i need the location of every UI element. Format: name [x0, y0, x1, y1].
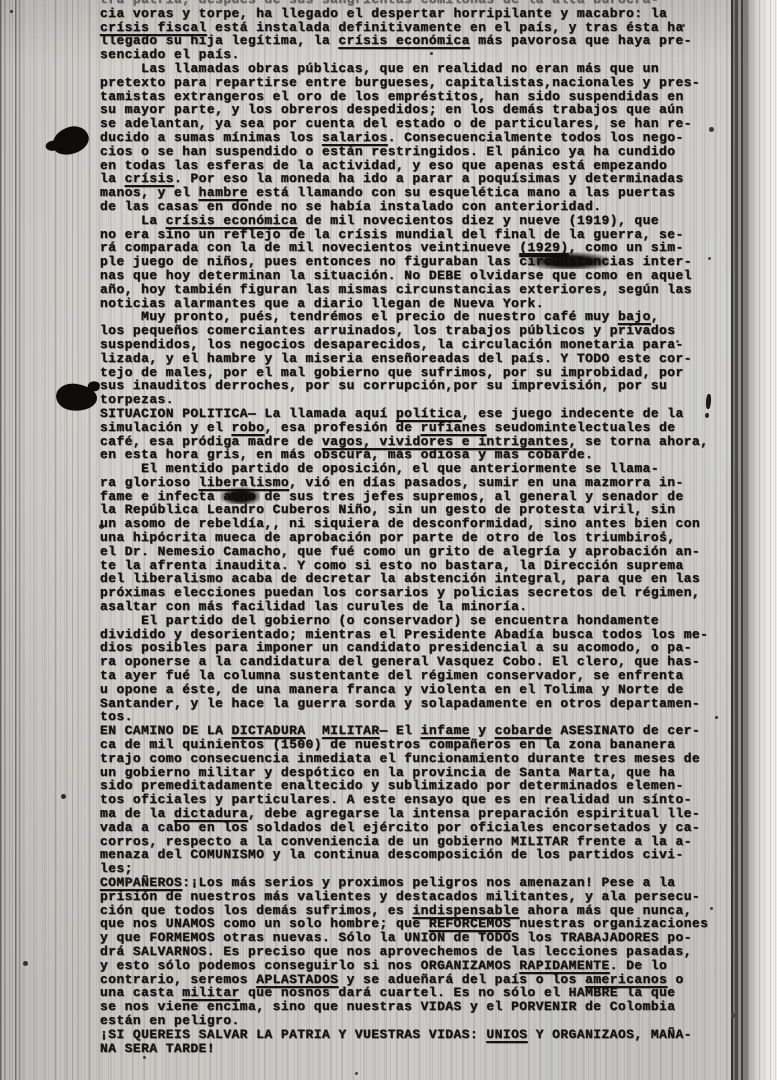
text-run: un gobierno militar y despótico en la pr… [100, 765, 676, 780]
text-line: El partido del gobierno (o conservador) … [100, 614, 740, 628]
text-run: ma de la [100, 806, 174, 821]
text-line: lizada, y el hambre y la miseria enseñor… [100, 352, 740, 366]
text-run: NA SERA TARDE! [100, 1041, 215, 1056]
underlined-text: rufianes [421, 420, 487, 435]
underlined-text: salarios [322, 130, 388, 145]
text-run: contrario, seremos [100, 972, 256, 987]
text-line: rá comparada con la de mil novecientos v… [100, 241, 740, 255]
underlined-text: indispensable [412, 903, 519, 918]
text-run: menaza del COMUNISMO y la continua desco… [100, 847, 684, 862]
text-line: su mayor parte, y los obreros despedidos… [100, 103, 740, 117]
scan-edge-right [748, 0, 777, 1080]
text-line: les; [100, 862, 740, 876]
underlined-text: americanos [585, 972, 667, 987]
underlined-text: UNIOS [486, 1027, 527, 1042]
text-run: ASESINATO de cer- [552, 723, 700, 738]
text-run: ca de mil quinientos (1500) de nuestros … [100, 737, 676, 752]
text-line: La crísis económica de mil novecientos d… [100, 214, 740, 228]
scan-specks [10, 10, 13, 13]
text-run: senciado el país. [100, 47, 240, 62]
text-run: la [100, 171, 125, 186]
text-line: y que FORMEMOS otras nuevas. Sólo la UNI… [100, 931, 740, 945]
text-line: sus inauditos derroches, por su corrupci… [100, 379, 740, 393]
underlined-text: crísis [125, 171, 174, 186]
text-run: Muy pronto, pués, tendrémos el precio de… [100, 309, 618, 324]
text-run: :¡Los más serios y proximos peligros nos… [182, 875, 675, 890]
text-run: . Consecuencialmente todos los nego- [388, 130, 684, 145]
text-run: sus inauditos derroches, por su corrupci… [100, 378, 667, 393]
text-line: de las casas en donde no se había instal… [100, 200, 740, 214]
text-run: está instalada definitivamente en el paí… [207, 20, 684, 35]
text-run: torpezas. [100, 392, 174, 407]
text-run: de las casas en donde no se había instal… [100, 199, 602, 214]
text-run: corros, respecto a la conveniencia de un… [100, 834, 692, 849]
text-run: sido premeditadamente enaltecido y subli… [100, 778, 684, 793]
text-line: ra glorioso liberalismo, vió en días pas… [100, 476, 740, 490]
text-run: llegado su hija legítima, la [100, 33, 338, 48]
text-run: están en peligro. [100, 1013, 240, 1028]
text-run: dios posibles para imponer un candidato … [100, 640, 692, 655]
text-run: tos oficiales y particulares. A este ens… [100, 792, 692, 807]
text-line: cia voras y torpe, ha llegado el despert… [100, 7, 740, 21]
text-line: noticias alarmantes que a diario llegan … [100, 297, 740, 311]
text-run: nuestras organizaciones [511, 916, 708, 931]
smudged-text: auno [223, 489, 256, 504]
text-run: se nos viene encima, sino que nuestras V… [100, 999, 676, 1014]
text-line: menaza del COMUNISMO y la continua desco… [100, 848, 740, 862]
text-run: ducido a sumas mínimas los [100, 130, 322, 145]
text-run: ta ayer fué la columna sustentante del r… [100, 668, 684, 683]
text-run: . De lo [610, 958, 668, 973]
text-line: vada a cabo en los soldados del ejército… [100, 821, 740, 835]
text-run: un asomo de rebeldía,, ni siquiera de de… [100, 516, 700, 531]
text-line: simulación y el robo, esa profesión de r… [100, 421, 740, 435]
text-line: nas que hoy determinan la situación. No … [100, 269, 740, 283]
underlined-text: bajo [618, 309, 651, 324]
text-run: pretexto para repartirse entre burgueses… [100, 75, 700, 90]
text-run: nas que hoy determinan la situación. No … [100, 268, 692, 283]
text-line: te la afrenta inaudita. Y como si esto n… [100, 559, 740, 573]
text-run: ple juego de niños, pues entonces no fig… [100, 254, 519, 269]
text-line: se adelantan, ya sea por cuenta del esta… [100, 117, 740, 131]
underlined-text: cobarde [495, 723, 553, 738]
text-line: pretexto para repartirse entre burgueses… [100, 76, 740, 90]
text-line: el Dr. Nemesio Camacho, que fué como un … [100, 545, 740, 559]
text-run: El mentido partido de oposición, el que … [100, 461, 659, 476]
text-line: SITUACION POLITICA— La llamada aquí polí… [100, 407, 740, 421]
text-run: drá SALVARNOS. Es preciso que nos aprove… [100, 944, 692, 959]
scanned-document-page: tra patria, después de sus sangrientas c… [0, 0, 777, 1080]
text-run: La [100, 213, 166, 228]
text-run: y se adueñará del país o los [338, 972, 585, 987]
text-line: u opone a éste, de una manera franca y v… [100, 683, 740, 697]
text-line: NA SERA TARDE! [100, 1042, 740, 1056]
text-run: seudomintelectuales de [486, 420, 675, 435]
text-line: suspendidos, los negocios desaparecidos,… [100, 338, 740, 352]
text-line: fame e infecta auno de sus tres jefes su… [100, 490, 740, 504]
text-run: tos. [100, 709, 133, 724]
text-run: de mil novecientos diez y nueve (1919), … [297, 213, 659, 228]
text-run: el Dr. Nemesio Camacho, que fué como un … [100, 544, 700, 559]
text-run: ción que todos los demás sufrimos, es [100, 903, 412, 918]
text-run: tamistas extrangeros el oro de los empré… [100, 89, 684, 104]
underlined-text: REFORCEMOS [429, 916, 511, 931]
text-run: y [470, 723, 495, 738]
text-line: COMPAÑEROS:¡Los más serios y proximos pe… [100, 876, 740, 890]
text-run: año, hoy también figuran las mismas circ… [100, 282, 692, 297]
text-run: una casta [100, 985, 182, 1000]
underlined-text: vagos, vividores e intrigantes [322, 434, 569, 449]
text-line: contrario, seremos APLASTADOS y se adueñ… [100, 973, 740, 987]
text-run: Las llamadas obras públicas, que en real… [100, 61, 659, 76]
underlined-text: COMPAÑEROS [100, 875, 182, 890]
text-line: Las llamadas obras públicas, que en real… [100, 62, 740, 76]
text-line: un gobierno militar y despótico en la pr… [100, 766, 740, 780]
text-run: — El [380, 723, 421, 738]
underlined-text: militar [182, 985, 240, 1000]
text-line: manos, y el hambre está llamando con su … [100, 186, 740, 200]
text-run: , se torna ahora, [569, 434, 709, 449]
text-run: o [667, 972, 683, 987]
underlined-text: APLASTADOS [256, 972, 338, 987]
text-run: fame e infecta [100, 489, 223, 504]
text-run: suspendidos, los negocios desaparecidos,… [100, 337, 684, 352]
text-line: tra patria, después de sus sangrientas c… [100, 0, 740, 7]
underlined-text: política [396, 406, 462, 421]
text-run: se adelantan, ya sea por cuenta del esta… [100, 116, 692, 131]
text-line: El mentido partido de oposición, el que … [100, 462, 740, 476]
text-line: senciado el país. [100, 48, 740, 62]
text-run: está llamando con su esquelética mano a … [248, 185, 676, 200]
text-run: que nosnos dará cuartel. Es no sólo el H… [240, 985, 676, 1000]
text-run: los pequeños comerciantes arruinados, lo… [100, 323, 676, 338]
text-line: los pequeños comerciantes arruinados, lo… [100, 324, 740, 338]
text-line: ma de la dictadura, debe agregarse la in… [100, 807, 740, 821]
text-run: cia voras y torpe, ha llegado el despert… [100, 6, 667, 21]
text-run: , [651, 309, 659, 324]
text-run: próximas elecciones puedan los corsarios… [100, 585, 700, 600]
text-run: tejo de males, por el mal gobierno que s… [100, 365, 684, 380]
underlined-text: MILITAR [322, 723, 380, 738]
underlined-text: hambre [199, 185, 248, 200]
text-run: prisión de nuestros más valientes y dest… [100, 889, 700, 904]
text-line: ple juego de niños, pues entonces no fig… [100, 255, 740, 269]
text-line: trajo como consecuencia inmediata el fun… [100, 752, 740, 766]
text-line: dividido y desorientado; mientras el Pre… [100, 628, 740, 642]
text-line: dios posibles para imponer un candidato … [100, 641, 740, 655]
underlined-text: dictadura [174, 806, 248, 821]
text-run: vada a cabo en los soldados del ejército… [100, 820, 700, 835]
text-line: se nos viene encima, sino que nuestras V… [100, 1000, 740, 1014]
text-line: no era sino un reflejo de la crísis mund… [100, 228, 740, 242]
text-run: ra glorioso [100, 475, 199, 490]
text-run: u opone a éste, de una manera franca y v… [100, 682, 684, 697]
text-run: Y ORGANIZAOS, MAÑA- [528, 1027, 692, 1042]
text-run: , ese juego indecente de la [462, 406, 684, 421]
text-line: ca de mil quinientos (1500) de nuestros … [100, 738, 740, 752]
text-run: , vió en días pasados, sumir en una mazm… [289, 475, 684, 490]
text-run: manos, y el [100, 185, 199, 200]
text-line: corros, respecto a la conveniencia de un… [100, 835, 740, 849]
text-run: Santander, y le hace la guerra sorda y s… [100, 696, 700, 711]
underlined-text: DICTADURA [232, 723, 306, 738]
text-line: tejo de males, por el mal gobierno que s… [100, 366, 740, 380]
text-run: tra patria, después de sus sangrientas c… [100, 0, 659, 7]
text-run: en todas las esferas de la actividad, y … [100, 158, 667, 173]
text-line: prisión de nuestros más valientes y dest… [100, 890, 740, 904]
text-run: EN CAMINO DE LA [100, 723, 232, 738]
underlined-text: crísis económica [166, 213, 298, 228]
text-run: del liberalismo acaba de decretar la abs… [100, 571, 700, 586]
text-run: dividido y desorientado; mientras el Pre… [100, 627, 708, 642]
text-line: un asomo de rebeldía,, ni siquiera de de… [100, 517, 740, 531]
text-line: están en peligro. [100, 1014, 740, 1028]
text-run [306, 723, 322, 738]
text-line: ción que todos los demás sufrimos, es in… [100, 904, 740, 918]
text-line: próximas elecciones puedan los corsarios… [100, 586, 740, 600]
text-line: ta ayer fué la columna sustentante del r… [100, 669, 740, 683]
underlined-text: crísis económica [338, 33, 470, 48]
text-run: te la afrenta inaudita. Y como si esto n… [100, 558, 684, 573]
text-line: en esta hora gris, en más obscura, más o… [100, 448, 740, 462]
text-line: y esto sólo podemos conseguirlo si nos O… [100, 959, 740, 973]
text-run: . Por eso la moneda ha ido a parar a poq… [174, 171, 684, 186]
text-run: ra oponerse a la candidatura del general… [100, 654, 700, 669]
text-run: en esta hora gris, en más obscura, más o… [100, 447, 593, 462]
text-line: crísis fiscal está instalada definitivam… [100, 21, 740, 35]
text-run: , esa profesión de [264, 420, 420, 435]
text-line: ducido a sumas mínimas los salarios. Con… [100, 131, 740, 145]
text-run: El partido del gobierno (o conservador) … [100, 613, 659, 628]
text-run: rá comparada con la de mil novecientos v… [100, 240, 519, 255]
text-run: inter- [634, 254, 692, 269]
text-run: , debe agregarse la intensa preparación … [248, 806, 700, 821]
smudged-text: circunstancias [519, 254, 634, 269]
text-run: trajo como consecuencia inmediata el fun… [100, 751, 700, 766]
underlined-text: robo [232, 420, 265, 435]
text-run: simulación y el [100, 420, 232, 435]
text-line: del liberalismo acaba de decretar la abs… [100, 572, 740, 586]
underlined-text: RAPIDAMENTE [519, 958, 609, 973]
text-line: ¡SI QUEREIS SALVAR LA PATRIA Y VUESTRAS … [100, 1028, 740, 1042]
text-run: una hipócrita mueca de aprobación por pa… [100, 530, 676, 545]
text-run: SITUACION POLITICA— La llamada aquí [100, 406, 396, 421]
text-line: café, esa pródiga madre de vagos, vivido… [100, 435, 740, 449]
text-line: en todas las esferas de la actividad, y … [100, 159, 740, 173]
text-line: cios o se han suspendido o están restrin… [100, 145, 740, 159]
text-run: lizada, y el hambre y la miseria enseñor… [100, 351, 692, 366]
text-run: café, esa pródiga madre de [100, 434, 322, 449]
text-run: que nos UNAMOS como un solo hombre; que [100, 916, 429, 931]
text-line: la República Leandro Cuberos Niño, sin u… [100, 503, 740, 517]
text-run: ahora más que nunca, [519, 903, 692, 918]
scan-streaks-left [0, 0, 22, 1080]
text-line: tos oficiales y particulares. A este ens… [100, 793, 740, 807]
text-line: llegado su hija legítima, la crísis econ… [100, 34, 740, 48]
text-line: torpezas. [100, 393, 740, 407]
page-text: tra patria, después de sus sangrientas c… [100, 0, 740, 1055]
text-line: la crísis. Por eso la moneda ha ido a pa… [100, 172, 740, 186]
text-line: una casta militar que nosnos dará cuarte… [100, 986, 740, 1000]
text-line: tos. [100, 710, 740, 724]
text-run: asaltar con más facilidad las curules de… [100, 599, 528, 614]
text-line: que nos UNAMOS como un solo hombre; que … [100, 917, 740, 931]
text-run: y que FORMEMOS otras nuevas. Sólo la UNI… [100, 930, 692, 945]
text-line: sido premeditadamente enaltecido y subli… [100, 779, 740, 793]
text-run: más pavorosa que haya pre- [470, 33, 692, 48]
text-line: drá SALVARNOS. Es preciso que nos aprove… [100, 945, 740, 959]
text-line: Santander, y le hace la guerra sorda y s… [100, 697, 740, 711]
text-run: no era sino un reflejo de la crísis mund… [100, 227, 684, 242]
text-line: año, hoy también figuran las mismas circ… [100, 283, 740, 297]
text-line: Muy pronto, pués, tendrémos el precio de… [100, 310, 740, 324]
text-line: asaltar con más facilidad las curules de… [100, 600, 740, 614]
text-run: y esto sólo podemos conseguirlo si nos O… [100, 958, 519, 973]
text-run: de sus tres jefes supremos, al general y… [256, 489, 684, 504]
underlined-text: crísis fiscal [100, 20, 207, 35]
text-run: ¡SI QUEREIS SALVAR LA PATRIA Y VUESTRAS … [100, 1027, 486, 1042]
text-run: su mayor parte, y los obreros despedidos… [100, 102, 684, 117]
text-line: una hipócrita mueca de aprobación por pa… [100, 531, 740, 545]
text-run: la República Leandro Cuberos Niño, sin u… [100, 502, 676, 517]
underlined-text: infame [421, 723, 470, 738]
text-run: noticias alarmantes que a diario llegan … [100, 296, 544, 311]
text-run: les; [100, 861, 133, 876]
text-line: ra oponerse a la candidatura del general… [100, 655, 740, 669]
text-run: cios o se han suspendido o están restrin… [100, 144, 676, 159]
scan-streaks-middle [55, 0, 100, 1080]
text-line: tamistas extrangeros el oro de los empré… [100, 90, 740, 104]
text-line: EN CAMINO DE LA DICTADURA MILITAR— El in… [100, 724, 740, 738]
